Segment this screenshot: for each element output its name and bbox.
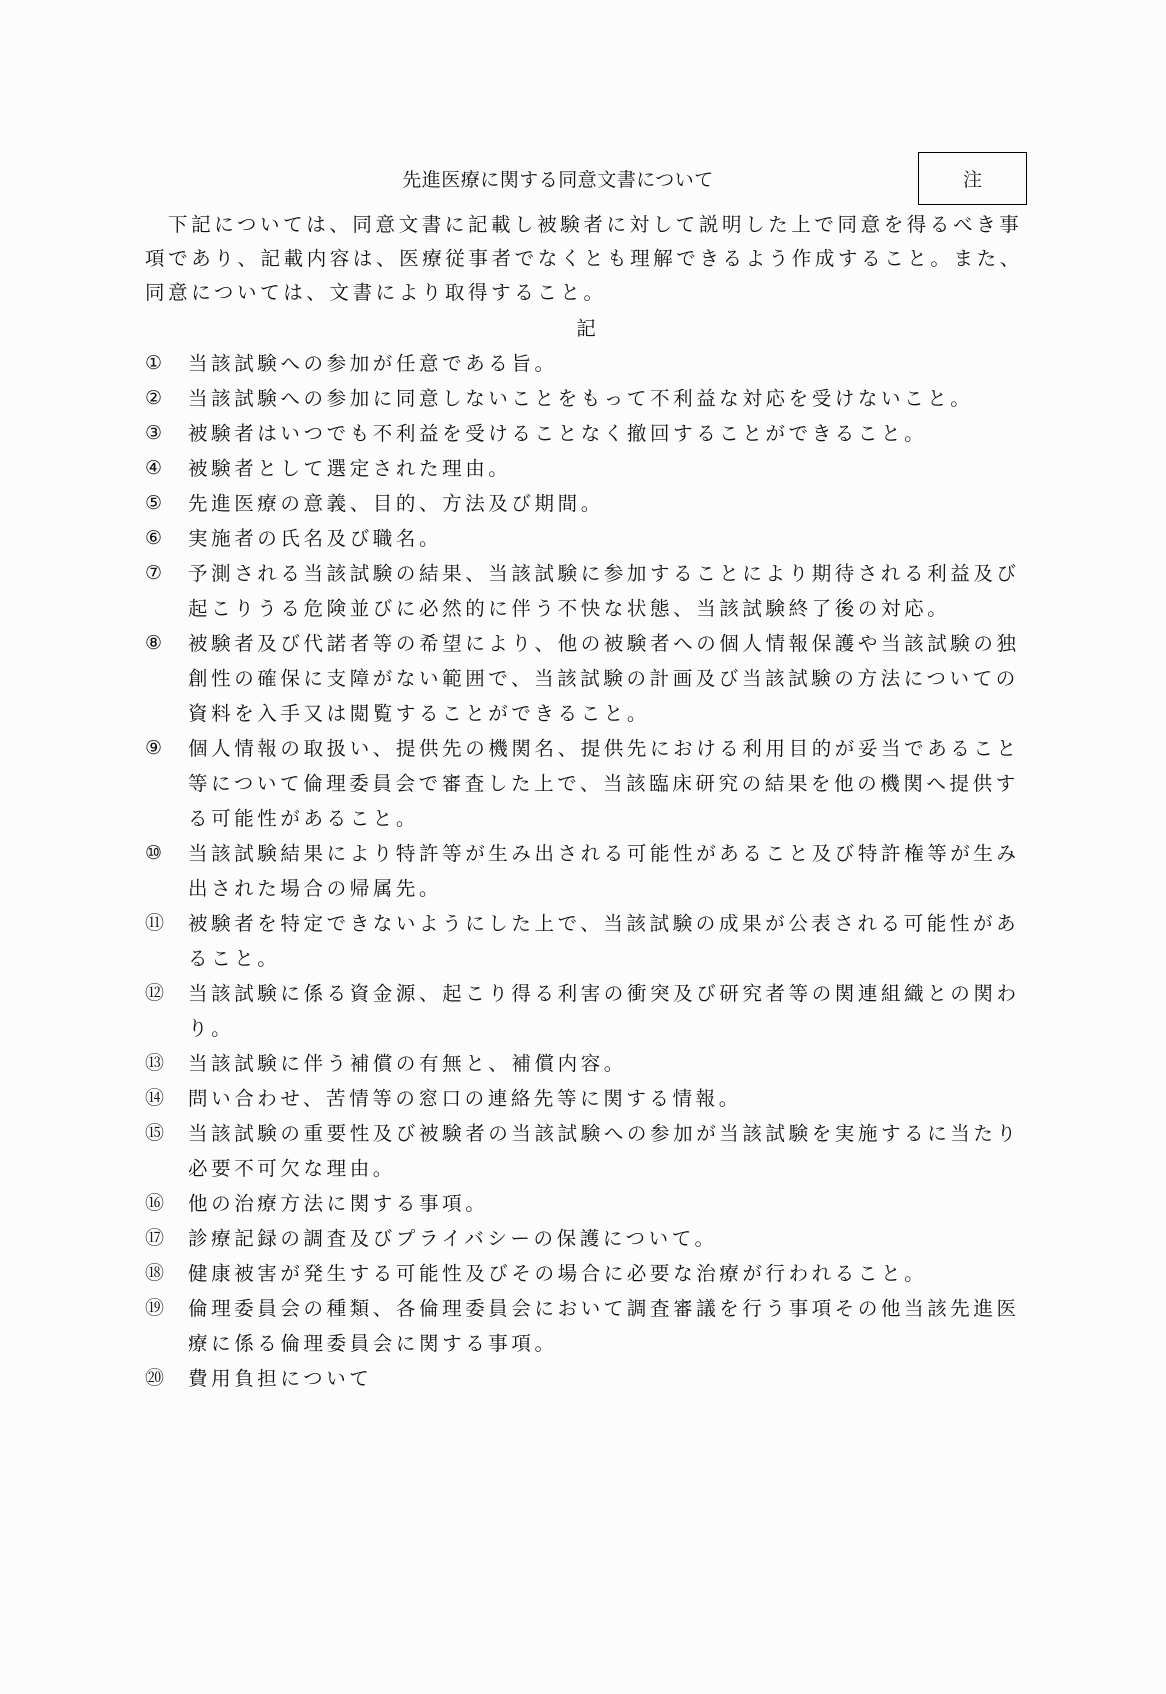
document-page: 先進医療に関する同意文書について 注 下記については、同意文書に記載し被験者に対… — [0, 0, 1166, 1694]
list-item: ⑳費用負担について — [145, 1361, 1029, 1396]
item-number: ⑳ — [145, 1361, 188, 1396]
item-text: 当該試験に伴う補償の有無と、補償内容。 — [188, 1046, 1029, 1081]
item-number: ⑧ — [145, 626, 188, 661]
item-number: ⑲ — [145, 1291, 188, 1326]
item-number: ⑪ — [145, 906, 188, 941]
ki-heading: 記 — [145, 312, 1027, 346]
item-text: 被験者及び代諾者等の希望により、他の被験者への個人情報保護や当該試験の独創性の確… — [188, 626, 1029, 731]
item-text: 実施者の氏名及び職名。 — [188, 521, 1029, 556]
list-item: ④被験者として選定された理由。 — [145, 451, 1029, 486]
item-number: ④ — [145, 451, 188, 486]
item-text: 被験者として選定された理由。 — [188, 451, 1029, 486]
list-item: ②当該試験への参加に同意しないことをもって不利益な対応を受けないこと。 — [145, 381, 1029, 416]
list-item: ①当該試験への参加が任意である旨。 — [145, 346, 1029, 381]
item-text: 当該試験への参加に同意しないことをもって不利益な対応を受けないこと。 — [188, 381, 1029, 416]
list-item: ⑬当該試験に伴う補償の有無と、補償内容。 — [145, 1046, 1029, 1081]
item-text: 予測される当該試験の結果、当該試験に参加することにより期待される利益及び起こりう… — [188, 556, 1029, 626]
item-number: ⑨ — [145, 731, 188, 766]
document-title: 先進医療に関する同意文書について — [145, 165, 913, 195]
note-label: 注 — [963, 165, 982, 192]
item-number: ⑬ — [145, 1046, 188, 1081]
item-text: 個人情報の取扱い、提供先の機関名、提供先における利用目的が妥当であること等につい… — [188, 731, 1029, 836]
item-text: 当該試験に係る資金源、起こり得る利害の衝突及び研究者等の関連組織との関わり。 — [188, 976, 1029, 1046]
intro-paragraph: 下記については、同意文書に記載し被験者に対して説明した上で同意を得るべき事項であ… — [145, 208, 1029, 310]
list-item: ⑫当該試験に係る資金源、起こり得る利害の衝突及び研究者等の関連組織との関わり。 — [145, 976, 1029, 1046]
list-item: ⑤先進医療の意義、目的、方法及び期間。 — [145, 486, 1029, 521]
item-number: ⑭ — [145, 1081, 188, 1116]
item-text: 被験者はいつでも不利益を受けることなく撤回することができること。 — [188, 416, 1029, 451]
item-number: ⑯ — [145, 1186, 188, 1221]
list-item: ⑥実施者の氏名及び職名。 — [145, 521, 1029, 556]
item-number: ⑮ — [145, 1116, 188, 1151]
item-number: ⑱ — [145, 1256, 188, 1291]
list-item: ③被験者はいつでも不利益を受けることなく撤回することができること。 — [145, 416, 1029, 451]
requirements-list: ①当該試験への参加が任意である旨。 ②当該試験への参加に同意しないことをもって不… — [145, 346, 1029, 1396]
list-item: ⑲倫理委員会の種類、各倫理委員会において調査審議を行う事項その他当該先進医療に係… — [145, 1291, 1029, 1361]
item-text: 当該試験の重要性及び被験者の当該試験への参加が当該試験を実施するに当たり必要不可… — [188, 1116, 1029, 1186]
item-text: 他の治療方法に関する事項。 — [188, 1186, 1029, 1221]
item-text: 当該試験結果により特許等が生み出される可能性があること及び特許権等が生み出された… — [188, 836, 1029, 906]
list-item: ⑭問い合わせ、苦情等の窓口の連絡先等に関する情報。 — [145, 1081, 1029, 1116]
item-text: 当該試験への参加が任意である旨。 — [188, 346, 1029, 381]
item-text: 倫理委員会の種類、各倫理委員会において調査審議を行う事項その他当該先進医療に係る… — [188, 1291, 1029, 1361]
item-text: 被験者を特定できないようにした上で、当該試験の成果が公表される可能性があること。 — [188, 906, 1029, 976]
item-number: ③ — [145, 416, 188, 451]
item-number: ⑫ — [145, 976, 188, 1011]
list-item: ⑱健康被害が発生する可能性及びその場合に必要な治療が行われること。 — [145, 1256, 1029, 1291]
item-text: 診療記録の調査及びプライバシーの保護について。 — [188, 1221, 1029, 1256]
list-item: ⑩当該試験結果により特許等が生み出される可能性があること及び特許権等が生み出され… — [145, 836, 1029, 906]
item-text: 健康被害が発生する可能性及びその場合に必要な治療が行われること。 — [188, 1256, 1029, 1291]
list-item: ⑨個人情報の取扱い、提供先の機関名、提供先における利用目的が妥当であること等につ… — [145, 731, 1029, 836]
item-number: ⑤ — [145, 486, 188, 521]
item-number: ② — [145, 381, 188, 416]
note-box: 注 — [918, 152, 1027, 205]
list-item: ⑯他の治療方法に関する事項。 — [145, 1186, 1029, 1221]
list-item: ⑧被験者及び代諾者等の希望により、他の被験者への個人情報保護や当該試験の独創性の… — [145, 626, 1029, 731]
list-item: ⑰診療記録の調査及びプライバシーの保護について。 — [145, 1221, 1029, 1256]
item-number: ① — [145, 346, 188, 381]
item-number: ⑥ — [145, 521, 188, 556]
item-number: ⑦ — [145, 556, 188, 591]
item-text: 問い合わせ、苦情等の窓口の連絡先等に関する情報。 — [188, 1081, 1029, 1116]
item-number: ⑩ — [145, 836, 188, 871]
item-text: 先進医療の意義、目的、方法及び期間。 — [188, 486, 1029, 521]
list-item: ⑪被験者を特定できないようにした上で、当該試験の成果が公表される可能性があること… — [145, 906, 1029, 976]
list-item: ⑮当該試験の重要性及び被験者の当該試験への参加が当該試験を実施するに当たり必要不… — [145, 1116, 1029, 1186]
item-number: ⑰ — [145, 1221, 188, 1256]
item-text: 費用負担について — [188, 1361, 1029, 1396]
list-item: ⑦予測される当該試験の結果、当該試験に参加することにより期待される利益及び起こり… — [145, 556, 1029, 626]
